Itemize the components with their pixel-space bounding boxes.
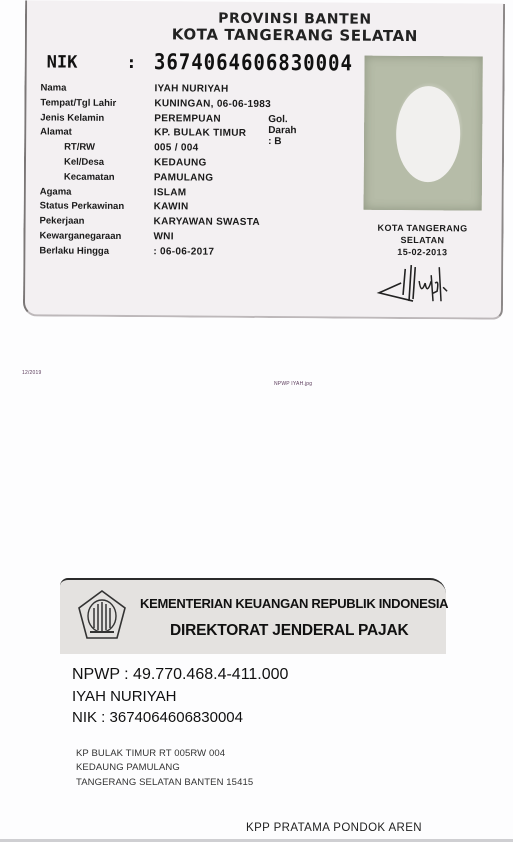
field-value: KAWIN: [148, 202, 189, 217]
field-row-keldesa: Kel/Desa KEDAUNG: [40, 156, 271, 172]
npwp-address-line: TANGERANG SELATAN BANTEN 15415: [76, 777, 253, 788]
field-label: RT/RW: [40, 142, 148, 158]
field-label: Pekerjaan: [40, 216, 148, 232]
field-value: KARYAWAN SWASTA: [148, 216, 260, 232]
ktp-fields: Nama IYAH NURIYAH Tempat/Tgl Lahir KUNIN…: [39, 82, 271, 261]
nik-value: 3674064606830004: [154, 50, 353, 77]
field-row-rtrw: RT/RW 005 / 004: [40, 142, 271, 158]
ktp-city: KOTA TANGERANG SELATAN: [57, 25, 513, 46]
field-row-nama: Nama IYAH NURIYAH: [40, 82, 271, 98]
field-label: Alamat: [40, 127, 148, 143]
ministry-emblem-icon: [76, 588, 128, 642]
field-label: Tempat/Tgl Lahir: [40, 97, 148, 113]
issue-city-line2: SELATAN: [355, 235, 489, 246]
npwp-number: NPWP : 49.770.468.4-411.000: [72, 666, 288, 684]
field-label: Jenis Kelamin: [40, 112, 148, 128]
ktp-nik-row: NIK : 3674064606830004: [47, 50, 353, 74]
ktp-id-card: PROVINSI BANTEN KOTA TANGERANG SELATAN N…: [23, 0, 505, 319]
field-row-gender: Jenis Kelamin PEREMPUAN: [40, 112, 271, 128]
field-row-religion: Agama ISLAM: [40, 186, 271, 202]
field-label: Nama: [40, 82, 148, 98]
field-label: Status Perkawinan: [40, 201, 148, 217]
blood-type: Gol. Darah : B: [268, 114, 297, 147]
field-value: KEDAUNG: [148, 157, 207, 172]
directorate-name: DIREKTORAT JENDERAL PAJAK: [170, 622, 408, 640]
field-row-address: Alamat KP. BULAK TIMUR: [40, 127, 271, 143]
field-value: PEREMPUAN: [148, 113, 221, 128]
field-row-kecamatan: Kecamatan PAMULANG: [40, 171, 271, 187]
field-label: Berlaku Hingga: [39, 245, 147, 261]
field-value: KP. BULAK TIMUR: [148, 128, 246, 143]
field-value: ISLAM: [148, 187, 187, 202]
npwp-address-line: KEDAUNG PAMULANG: [76, 762, 180, 773]
issue-city-line1: KOTA TANGERANG: [355, 223, 489, 234]
npwp-nik: NIK : 3674064606830004: [72, 709, 243, 726]
field-row-occupation: Pekerjaan KARYAWAN SWASTA: [40, 216, 271, 232]
field-value: WNI: [147, 231, 173, 246]
field-value: 005 / 004: [148, 142, 199, 157]
field-row-birth: Tempat/Tgl Lahir KUNINGAN, 06-06-1983: [40, 97, 271, 113]
field-label: Agama: [40, 186, 148, 202]
issue-date: 15-02-2013: [355, 247, 489, 258]
npwp-address-line: KP BULAK TIMUR RT 005RW 004: [76, 748, 225, 759]
field-value: KUNINGAN, 06-06-1983: [148, 98, 271, 114]
scan-caption-left: 12/2019: [22, 370, 41, 376]
field-label: Kel/Desa: [40, 156, 148, 172]
field-row-citizenship: Kewarganegaraan WNI: [39, 230, 270, 246]
nik-label: NIK: [47, 52, 117, 72]
field-label: Kewarganegaraan: [39, 230, 147, 246]
signature-icon: [373, 261, 463, 312]
field-row-valid-until: Berlaku Hingga : 06-06-2017: [39, 245, 270, 261]
field-value: : 06-06-2017: [147, 246, 214, 261]
tax-office: KPP PRATAMA PONDOK AREN: [246, 822, 422, 834]
nik-colon: :: [126, 53, 144, 73]
npwp-taxpayer-name: IYAH NURIYAH: [72, 688, 176, 705]
field-row-marital: Status Perkawinan KAWIN: [40, 201, 271, 217]
field-value: PAMULANG: [148, 172, 214, 187]
portrait-face: [396, 86, 461, 182]
field-value: IYAH NURIYAH: [148, 83, 228, 98]
field-label: Kecamatan: [40, 171, 148, 187]
ministry-name: KEMENTERIAN KEUANGAN REPUBLIK INDONESIA: [140, 596, 448, 611]
id-photo: [364, 56, 483, 211]
scan-caption-filename: NPWP IYAH.jpg: [274, 381, 312, 387]
npwp-header-banner: KEMENTERIAN KEUANGAN REPUBLIK INDONESIA …: [60, 578, 446, 654]
